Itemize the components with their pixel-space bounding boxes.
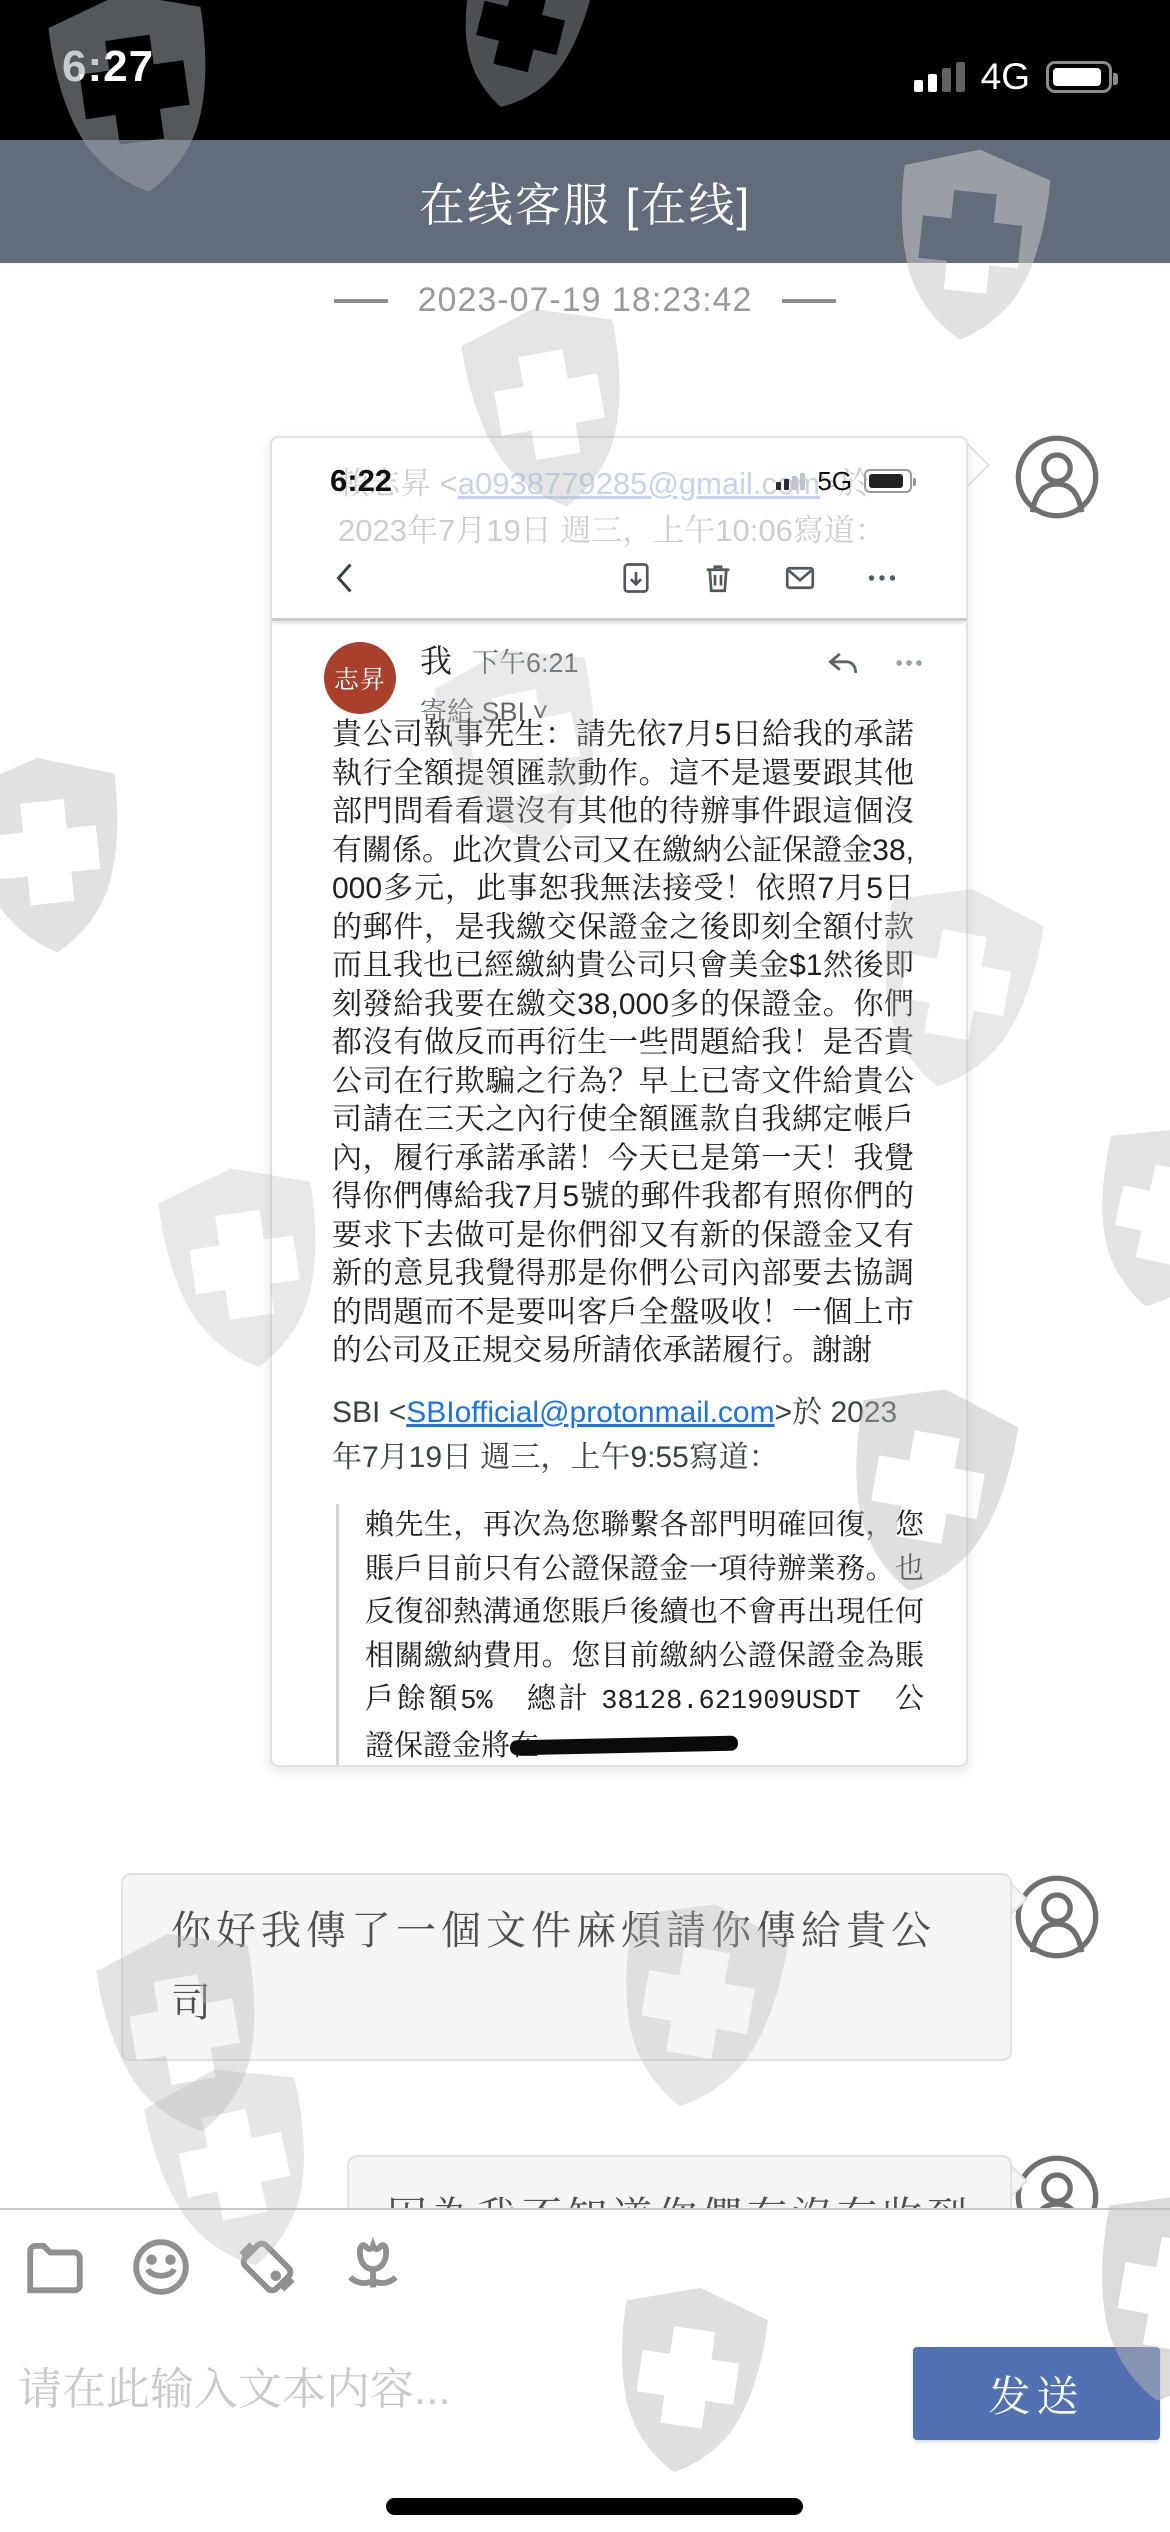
clock-time: 6:27 bbox=[62, 42, 154, 92]
email-clock-time: 6:22 bbox=[330, 463, 392, 499]
email-network-label: 5G bbox=[817, 466, 852, 497]
status-bar: 6:27 4G bbox=[0, 0, 1170, 140]
email-toolbar bbox=[328, 550, 900, 606]
timestamp-dash-right bbox=[782, 299, 836, 303]
quoted-reply-header: SBI <SBIofficial@protonmail.com>於 2023年7… bbox=[332, 1390, 916, 1480]
user-avatar bbox=[1013, 433, 1101, 521]
home-indicator[interactable] bbox=[386, 2498, 803, 2515]
page-title: 在线客服 [在线] bbox=[419, 169, 751, 235]
email-battery-icon bbox=[864, 469, 912, 493]
reply-email-link[interactable]: SBIofficial@protonmail.com bbox=[406, 1396, 774, 1429]
email-signal-icon bbox=[776, 472, 805, 490]
emoji-smiley-icon[interactable] bbox=[126, 2232, 196, 2302]
message-input[interactable] bbox=[16, 2350, 876, 2430]
trash-icon[interactable] bbox=[700, 560, 736, 596]
phone-screen: 6:27 4G 在线客服 [在线] 2023-07-19 18:23:42 賴志… bbox=[0, 0, 1170, 2532]
send-button[interactable]: 发送 bbox=[913, 2347, 1160, 2440]
folder-icon[interactable] bbox=[20, 2232, 90, 2302]
email-screenshot-message[interactable]: 賴志昇 <a0938779285@gmail.com>於 2023年7月19日 … bbox=[270, 436, 968, 1767]
reply-icon[interactable] bbox=[824, 646, 862, 689]
network-type-label: 4G bbox=[981, 56, 1030, 98]
composer-bar: 发送 bbox=[0, 2208, 1170, 2532]
email-status-bar: 6:22 5G bbox=[272, 458, 966, 504]
card-shake-icon[interactable] bbox=[232, 2232, 302, 2302]
battery-icon bbox=[1046, 61, 1112, 93]
email-divider bbox=[272, 618, 966, 621]
quoted-reply-text: 賴先生，再次為您聯繫各部門明確回復，您賬戶目前只有公證保證金一項待辦業務。也反復… bbox=[336, 1504, 924, 1767]
user-avatar bbox=[1013, 1873, 1101, 1961]
sender-name: 我 bbox=[420, 636, 452, 682]
message-more-icon[interactable] bbox=[892, 646, 926, 685]
timestamp-dash-left bbox=[334, 299, 388, 303]
more-ellipsis-icon[interactable] bbox=[864, 560, 900, 596]
chat-timestamp: 2023-07-19 18:23:42 bbox=[0, 281, 1170, 320]
status-indicators: 4G bbox=[914, 56, 1112, 98]
chat-area: 2023-07-19 18:23:42 賴志昇 <a0938779285@gma… bbox=[0, 263, 1170, 2208]
chat-bubble: 你好我傳了一個文件麻煩請你傳給貴公司 bbox=[121, 1873, 1012, 2061]
mail-icon[interactable] bbox=[782, 560, 818, 596]
sender-avatar: 志昇 bbox=[324, 642, 396, 714]
flower-tulip-icon[interactable] bbox=[338, 2232, 408, 2302]
signal-strength-icon bbox=[914, 62, 965, 92]
archive-icon[interactable] bbox=[618, 560, 654, 596]
sent-time: 下午6:21 bbox=[472, 641, 579, 680]
email-body-text: 貴公司執事先生：請先依7月5日給我的承諾執行全額提領匯款動作。這不是還要跟其他部… bbox=[332, 716, 914, 1371]
back-chevron-icon[interactable] bbox=[328, 560, 364, 596]
app-header: 在线客服 [在线] bbox=[0, 140, 1170, 263]
